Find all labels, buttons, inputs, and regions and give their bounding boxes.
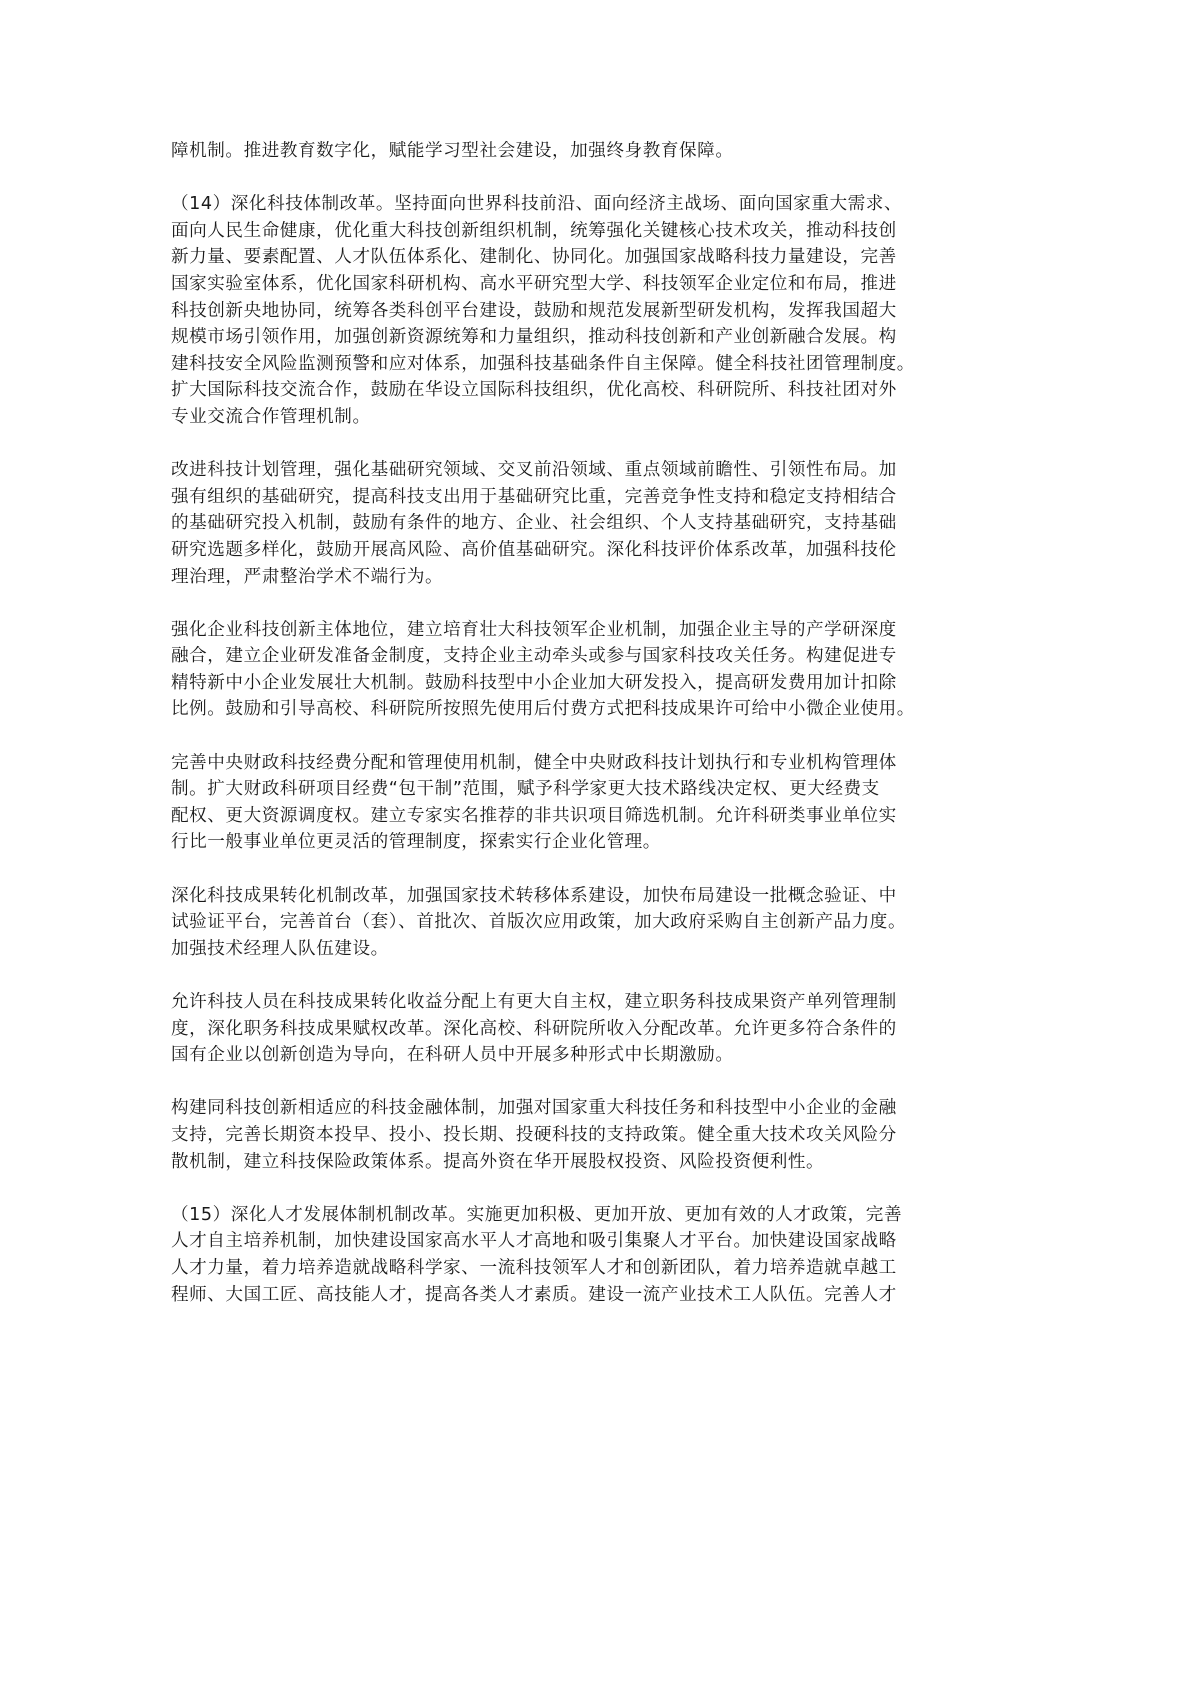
text-line: 支持，完善长期资本投早、投小、投长期、投硬科技的支持政策。健全重大技术攻关风险分 <box>171 1122 1017 1149</box>
paragraph-education-tail: 障机制。推进教育数字化，赋能学习型社会建设，加强终身教育保障。 <box>171 138 1017 165</box>
text-line: 加强技术经理人队伍建设。 <box>171 936 1017 963</box>
text-line: 专业交流合作管理机制。 <box>171 404 1017 431</box>
text-line: 理治理，严肃整治学术不端行为。 <box>171 564 1017 591</box>
text-line: 融合，建立企业研发准备金制度，支持企业主动牵头或参与国家科技攻关任务。构建促进专 <box>171 643 1017 670</box>
text-line: 的基础研究投入机制，鼓励有条件的地方、企业、社会组织、个人支持基础研究，支持基础 <box>171 510 1017 537</box>
text-line: 科技创新央地协同，统筹各类科创平台建设，鼓励和规范发展新型研发机构，发挥我国超大 <box>171 298 1017 325</box>
text-line: 国家实验室体系，优化国家科研机构、高水平研究型大学、科技领军企业定位和布局，推进 <box>171 271 1017 298</box>
text-line: 度，深化职务科技成果赋权改革。深化高校、科研院所收入分配改革。允许更多符合条件的 <box>171 1016 1017 1043</box>
paragraph-enterprise-innovation: 强化企业科技创新主体地位，建立培育壮大科技领军企业机制，加强企业主导的产学研深度… <box>171 617 1017 723</box>
text-line: 散机制，建立科技保险政策体系。提高外资在华开展股权投资、风险投资便利性。 <box>171 1149 1017 1176</box>
text-line: 允许科技人员在科技成果转化收益分配上有更大自主权，建立职务科技成果资产单列管理制 <box>171 989 1017 1016</box>
text-line: 构建同科技创新相适应的科技金融体制，加强对国家重大科技任务和科技型中小企业的金融 <box>171 1095 1017 1122</box>
paragraph-section-14: （14）深化科技体制改革。坚持面向世界科技前沿、面向经济主战场、面向国家重大需求… <box>171 191 1017 430</box>
text-line: 国有企业以创新创造为导向，在科研人员中开展多种形式中长期激励。 <box>171 1042 1017 1069</box>
text-line: 面向人民生命健康，优化重大科技创新组织机制，统筹强化关键核心技术攻关，推动科技创 <box>171 218 1017 245</box>
document-page: 障机制。推进教育数字化，赋能学习型社会建设，加强终身教育保障。 （14）深化科技… <box>171 138 1017 1335</box>
text-line: 完善中央财政科技经费分配和管理使用机制，健全中央财政科技计划执行和专业机构管理体 <box>171 750 1017 777</box>
paragraph-research-planning: 改进科技计划管理，强化基础研究领域、交叉前沿领域、重点领域前瞻性、引领性布局。加… <box>171 457 1017 590</box>
paragraph-tech-finance: 构建同科技创新相适应的科技金融体制，加强对国家重大科技任务和科技型中小企业的金融… <box>171 1095 1017 1175</box>
text-line: 行比一般事业单位更灵活的管理制度，探索实行企业化管理。 <box>171 829 1017 856</box>
text-line: 强化企业科技创新主体地位，建立培育壮大科技领军企业机制，加强企业主导的产学研深度 <box>171 617 1017 644</box>
text-line: 改进科技计划管理，强化基础研究领域、交叉前沿领域、重点领域前瞻性、引领性布局。加 <box>171 457 1017 484</box>
paragraph-section-15: （15）深化人才发展体制机制改革。实施更加积极、更加开放、更加有效的人才政策，完… <box>171 1202 1017 1308</box>
text-line: 研究选题多样化，鼓励开展高风险、高价值基础研究。深化科技评价体系改革，加强科技伦 <box>171 537 1017 564</box>
text-line: 规模市场引领作用，加强创新资源统筹和力量组织，推动科技创新和产业创新融合发展。构 <box>171 324 1017 351</box>
paragraph-fiscal-funding: 完善中央财政科技经费分配和管理使用机制，健全中央财政科技计划执行和专业机构管理体… <box>171 750 1017 856</box>
paragraph-researcher-incentives: 允许科技人员在科技成果转化收益分配上有更大自主权，建立职务科技成果资产单列管理制… <box>171 989 1017 1069</box>
text-line: 新力量、要素配置、人才队伍体系化、建制化、协同化。加强国家战略科技力量建设，完善 <box>171 244 1017 271</box>
text-line: （14）深化科技体制改革。坚持面向世界科技前沿、面向经济主战场、面向国家重大需求… <box>171 191 1017 218</box>
text-line: 试验证平台，完善首台（套）、首批次、首版次应用政策，加大政府采购自主创新产品力度… <box>171 909 1017 936</box>
paragraph-tech-transfer: 深化科技成果转化机制改革，加强国家技术转移体系建设，加快布局建设一批概念验证、中… <box>171 883 1017 963</box>
text-line: 扩大国际科技交流合作，鼓励在华设立国际科技组织，优化高校、科研院所、科技社团对外 <box>171 377 1017 404</box>
text-line: （15）深化人才发展体制机制改革。实施更加积极、更加开放、更加有效的人才政策，完… <box>171 1202 1017 1229</box>
text-line: 精特新中小企业发展壮大机制。鼓励科技型中小企业加大研发投入，提高研发费用加计扣除 <box>171 670 1017 697</box>
text-line: 障机制。推进教育数字化，赋能学习型社会建设，加强终身教育保障。 <box>171 138 1017 165</box>
text-line: 配权、更大资源调度权。建立专家实名推荐的非共识项目筛选机制。允许科研类事业单位实 <box>171 803 1017 830</box>
text-line: 人才自主培养机制，加快建设国家高水平人才高地和吸引集聚人才平台。加快建设国家战略 <box>171 1228 1017 1255</box>
text-line: 人才力量，着力培养造就战略科学家、一流科技领军人才和创新团队，着力培养造就卓越工 <box>171 1255 1017 1282</box>
text-line: 建科技安全风险监测预警和应对体系，加强科技基础条件自主保障。健全科技社团管理制度… <box>171 351 1017 378</box>
text-line: 强有组织的基础研究，提高科技支出用于基础研究比重，完善竞争性支持和稳定支持相结合 <box>171 484 1017 511</box>
text-line: 程师、大国工匠、高技能人才，提高各类人才素质。建设一流产业技术工人队伍。完善人才 <box>171 1282 1017 1309</box>
text-line: 深化科技成果转化机制改革，加强国家技术转移体系建设，加快布局建设一批概念验证、中 <box>171 883 1017 910</box>
text-line: 比例。鼓励和引导高校、科研院所按照先使用后付费方式把科技成果许可给中小微企业使用… <box>171 696 1017 723</box>
text-line: 制。扩大财政科研项目经费“包干制”范围，赋予科学家更大技术路线决定权、更大经费支 <box>171 776 1017 803</box>
